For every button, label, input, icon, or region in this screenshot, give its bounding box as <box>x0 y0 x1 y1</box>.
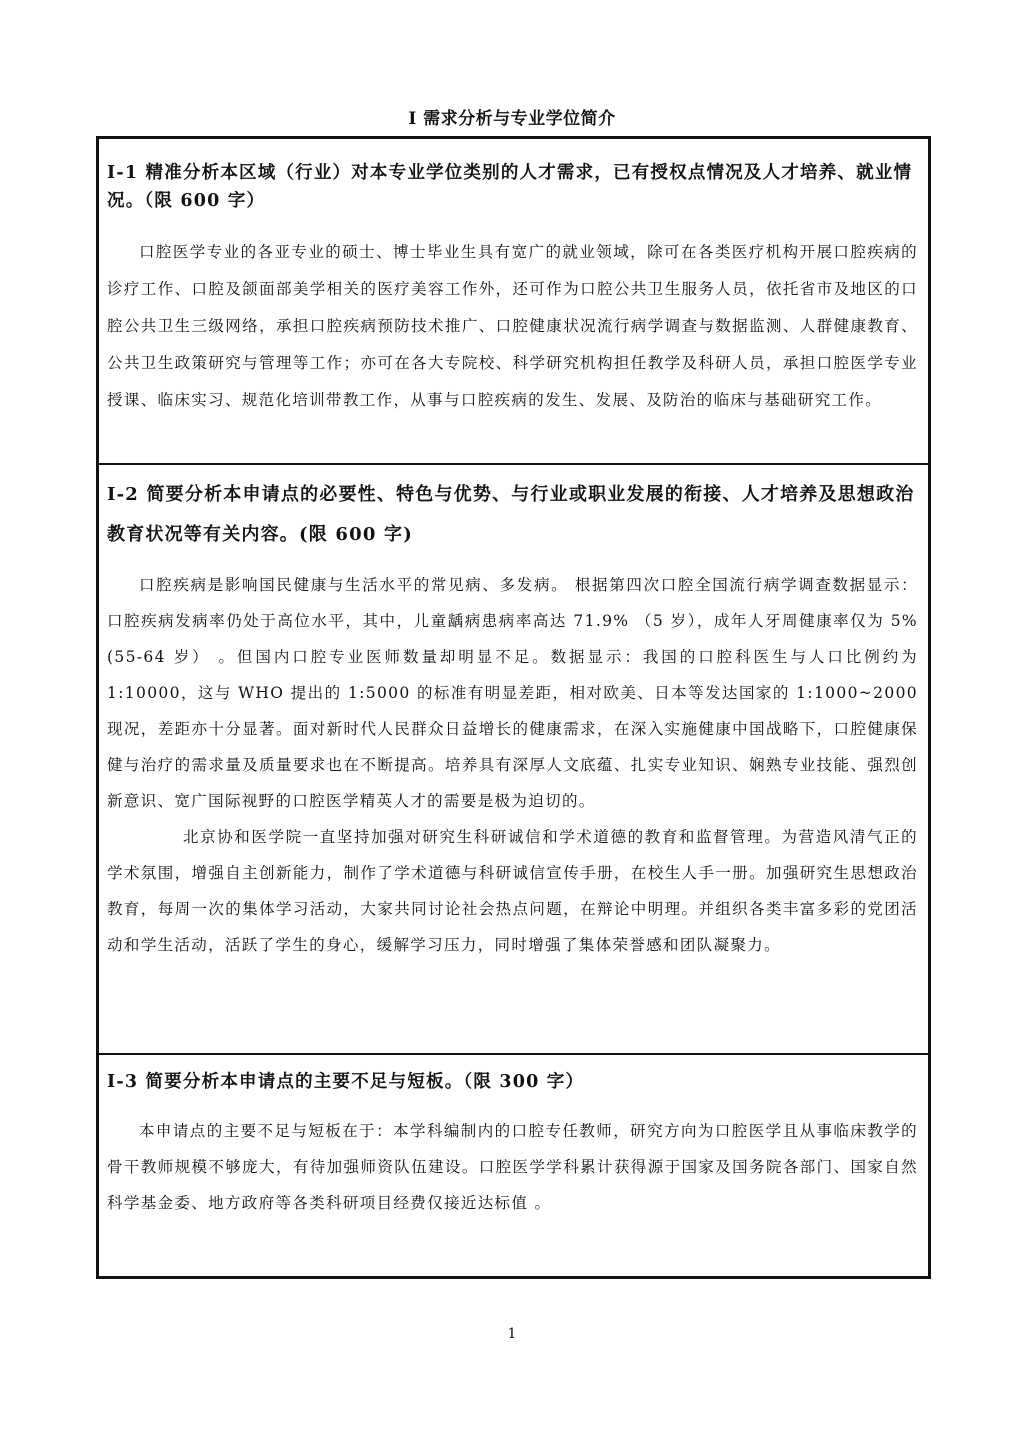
page-title: I 需求分析与专业学位简介 <box>0 104 1024 129</box>
section-i-1: I-1 精准分析本区域（行业）对本专业学位类别的人才需求，已有授权点情况及人才培… <box>99 139 928 463</box>
section-heading: I-2 简要分析本申请点的必要性、特色与优势、与行业或职业发展的衔接、人才培养及… <box>107 465 918 555</box>
section-i-3: I-3 简要分析本申请点的主要不足与短板。（限 300 字） 本申请点的主要不足… <box>99 1053 928 1276</box>
section-paragraph: 北京协和医学院一直坚持加强对研究生科研诚信和学术道德的教育和监督管理。为营造风清… <box>107 819 918 963</box>
section-paragraph: 本申请点的主要不足与短板在于：本学科编制内的口腔专任教师，研究方向为口腔医学且从… <box>107 1113 918 1221</box>
section-paragraph: 口腔疾病是影响国民健康与生活水平的常见病、多发病。 根据第四次口腔全国流行病学调… <box>107 567 918 819</box>
form-table: I-1 精准分析本区域（行业）对本专业学位类别的人才需求，已有授权点情况及人才培… <box>96 136 931 1279</box>
section-paragraph: 口腔医学专业的各亚专业的硕士、博士毕业生具有宽广的就业领域，除可在各类医疗机构开… <box>107 234 918 419</box>
section-heading: I-3 简要分析本申请点的主要不足与短板。（限 300 字） <box>107 1055 918 1097</box>
page-number: 1 <box>0 1326 1024 1342</box>
section-heading: I-1 精准分析本区域（行业）对本专业学位类别的人才需求，已有授权点情况及人才培… <box>107 139 918 215</box>
section-i-2: I-2 简要分析本申请点的必要性、特色与优势、与行业或职业发展的衔接、人才培养及… <box>99 463 928 1053</box>
